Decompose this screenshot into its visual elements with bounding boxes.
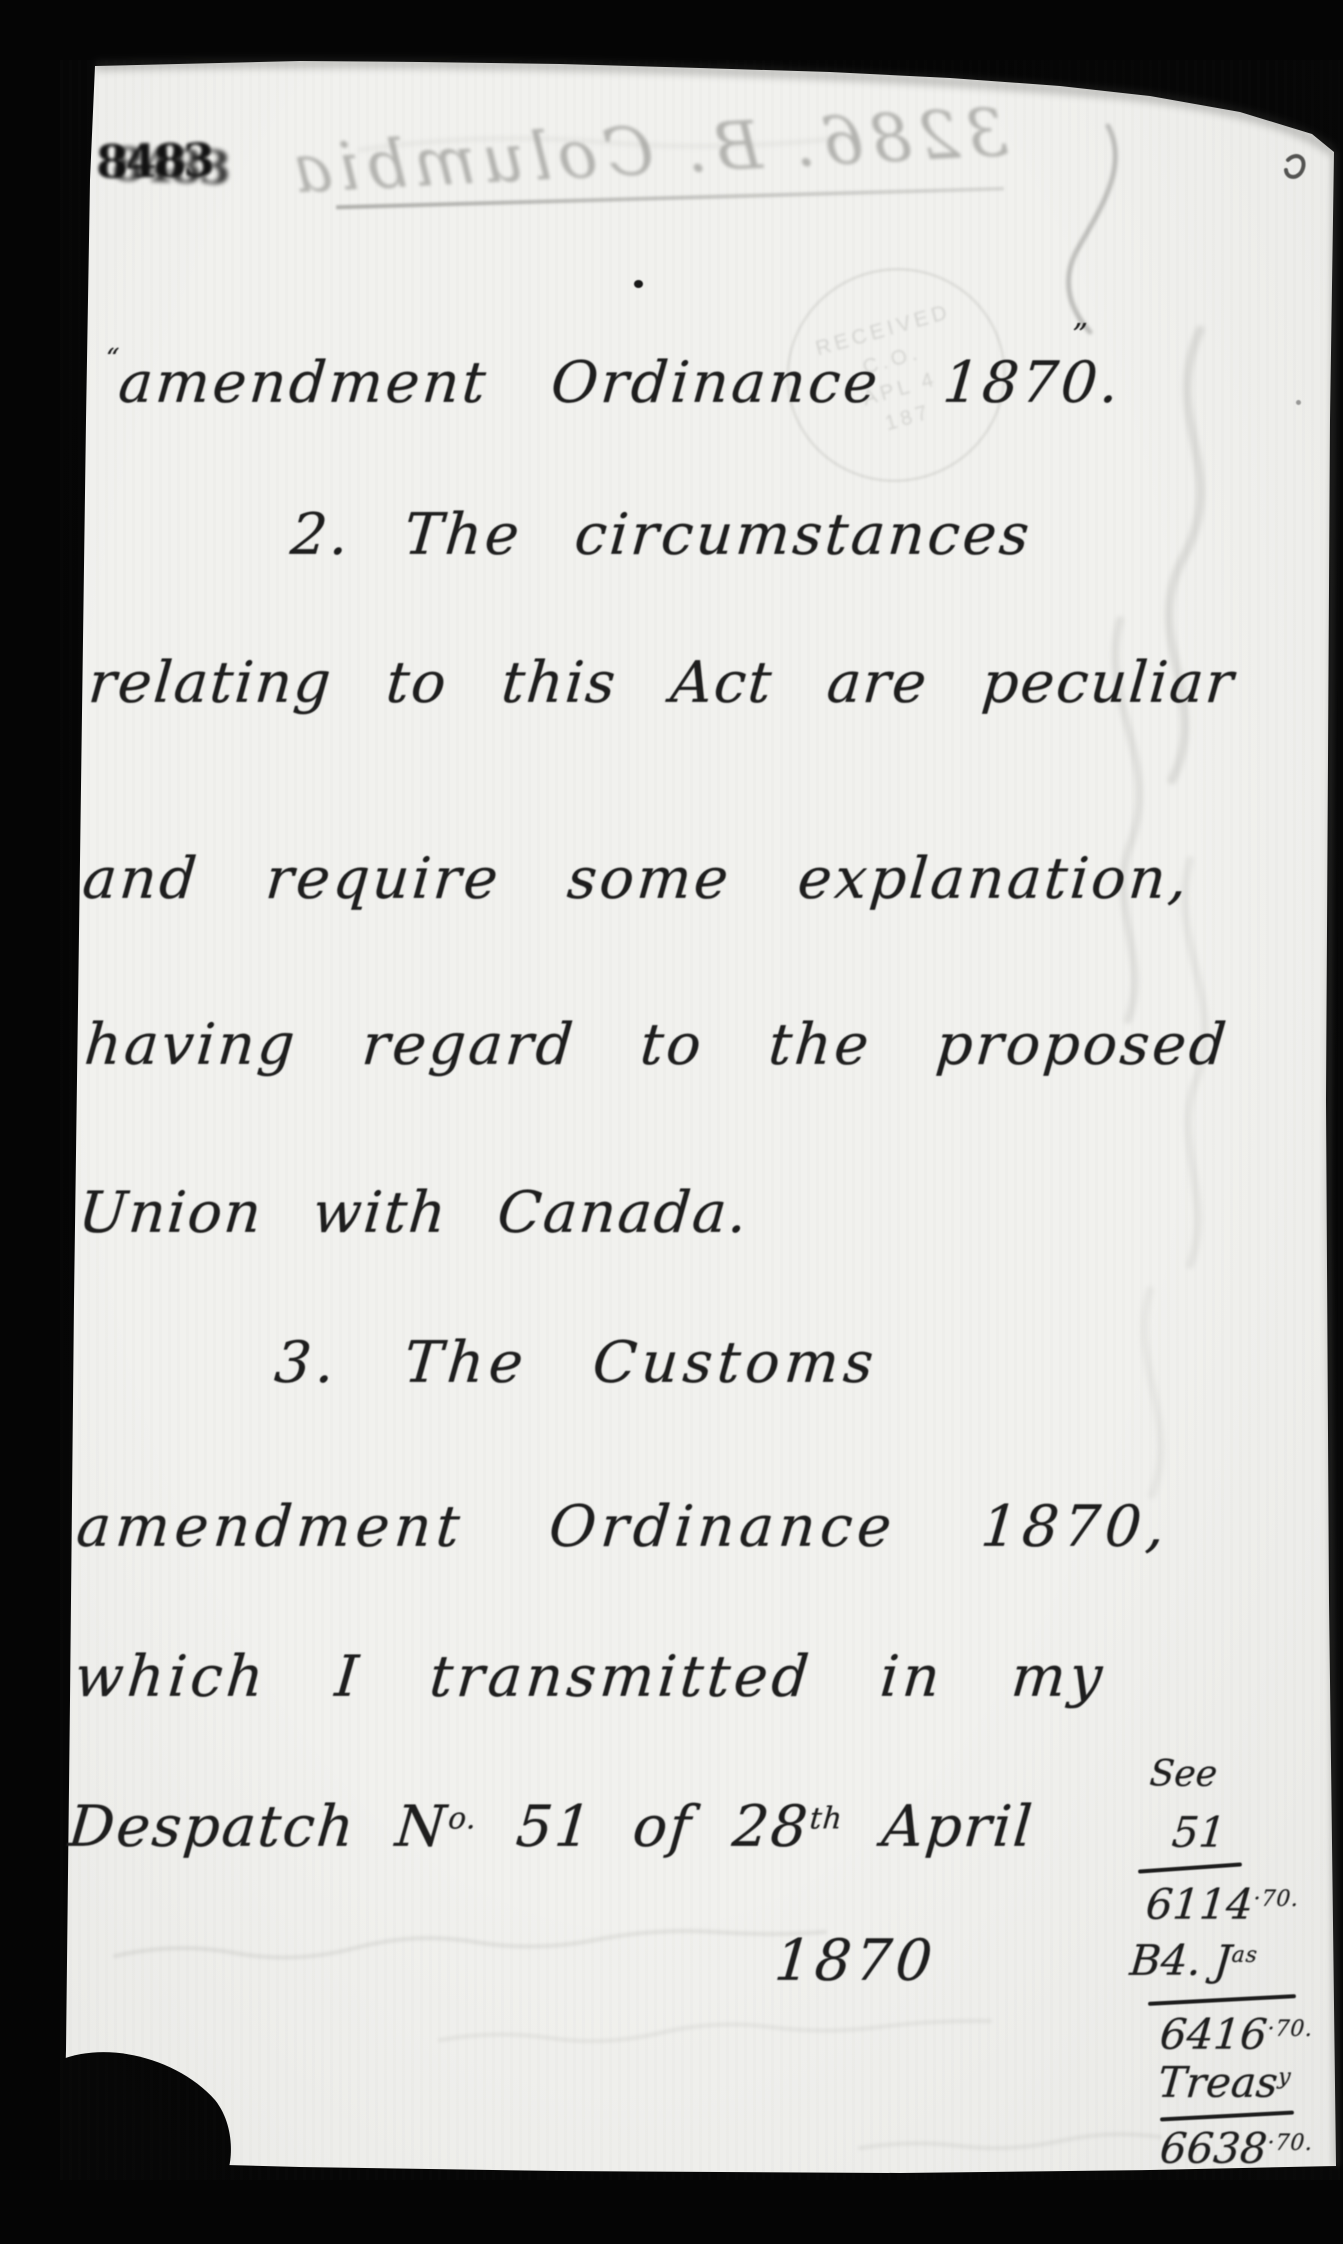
referral-superscript: y xyxy=(1277,2065,1293,2090)
file-year-superscript: ·70. xyxy=(1252,1887,1300,1912)
handwritten-line: 2. The circumstances xyxy=(288,502,1035,568)
handwritten-line: amendment Ordinance 1870. xyxy=(116,350,1124,416)
ink-speck xyxy=(634,280,643,288)
margin-see-label: See xyxy=(1148,1754,1219,1795)
referral-abbrev: Treas xyxy=(1156,2058,1280,2107)
file-number: 6416 xyxy=(1158,2010,1269,2059)
handwritten-line: which I transmitted in my xyxy=(72,1644,1109,1710)
handwritten-line: Union with Canada. xyxy=(76,1180,752,1246)
despatch-text: Despatch N xyxy=(66,1794,450,1860)
handwritten-line: and require some explanation, xyxy=(80,846,1193,912)
page-sheet xyxy=(0,0,1343,2244)
file-number: 6114 xyxy=(1144,1880,1255,1929)
opening-quote-mark: “ xyxy=(104,344,120,374)
margin-ref-value: 6114·70. xyxy=(1144,1880,1301,1929)
file-year-superscript: ·70. xyxy=(1266,2017,1314,2042)
margin-ref-label: 51 xyxy=(1170,1808,1228,1857)
despatch-no-superscript: o. xyxy=(447,1800,479,1835)
registry-number-blot-smudge: 8483 xyxy=(111,137,229,195)
handwritten-year-line: 1870 xyxy=(772,1928,939,1994)
handwritten-line: relating to this Act are peculiar xyxy=(86,650,1238,716)
margin-ref-label: Treasy xyxy=(1156,2058,1293,2107)
despatch-text: April xyxy=(839,1794,1036,1860)
handwritten-line: amendment Ordinance 1870, xyxy=(74,1494,1172,1560)
despatch-text: 51 of 28 xyxy=(473,1794,812,1860)
scanned-manuscript-page: 3286. B. Columbia 8483 8483 RECEIVED C.O… xyxy=(0,0,1343,2244)
margin-ref-value: 6638·70. xyxy=(1158,2124,1315,2173)
margin-ref-value: 6416·70. xyxy=(1158,2010,1315,2059)
ditto-mark: ” xyxy=(1070,318,1088,353)
despatch-th-superscript: th xyxy=(808,1800,844,1835)
file-number: 6638 xyxy=(1158,2124,1269,2173)
ink-speck xyxy=(1296,400,1301,405)
referral-superscript: as xyxy=(1231,1943,1259,1968)
handwritten-line: having regard to the proposed xyxy=(82,1012,1232,1078)
file-year-superscript: ·70. xyxy=(1266,2131,1314,2156)
handwritten-line: 3. The Customs xyxy=(272,1330,881,1396)
handwritten-line-despatch: Despatch No. 51 of 28th April xyxy=(66,1794,1037,1860)
referral-abbrev: B4. J xyxy=(1128,1936,1233,1985)
margin-ref-label: B4. Jas xyxy=(1128,1936,1260,1985)
